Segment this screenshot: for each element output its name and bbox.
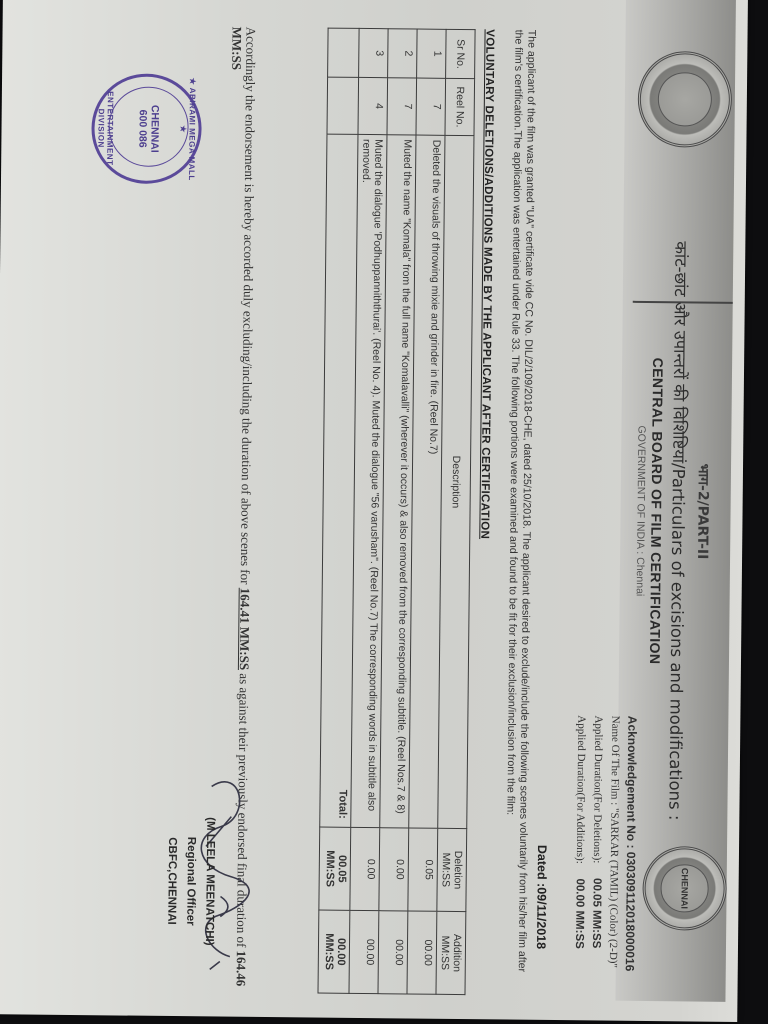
stamp-city: CHENNAI (148, 77, 161, 181)
total-addition: 00.00 MM:SS (318, 910, 350, 993)
total-deletion-unit: MM:SS (323, 832, 336, 906)
acknowledgement-number: 030309112018000016 (623, 852, 638, 972)
header-deletion: Deletion MM:SS (437, 828, 467, 911)
signatory-name: (M LEELA MEENATCHI) (198, 766, 219, 996)
additions-value: 00.00 MM:SS (573, 878, 586, 948)
header-reel-no: Reel No. (445, 78, 475, 135)
cell-addition: 00.00 (378, 911, 408, 994)
signatory-block: (M LEELA MEENATCHI) Regional Officer CBF… (160, 766, 219, 997)
stamp-center: CHENNAI 600 086 (136, 77, 161, 181)
film-name-label: Name Of The Film : (608, 716, 621, 806)
seal-text: CHENNAI (679, 868, 689, 909)
total-deletion: 00.05 MM:SS (319, 827, 351, 910)
total-addition-value: 00.00 (335, 915, 348, 989)
cell-deletion: 0.00 (379, 828, 409, 911)
issue-date: Dated :09/11/2018 (534, 845, 549, 949)
new-duration: 164.41 MM:SS (237, 588, 253, 670)
certificate-sheet: CHENNAI भाग-2/PART-II कांट-छांट और उपान्… (0, 0, 748, 1022)
certificate-meta: Acknowledgement No : 030309112018000016 … (570, 715, 641, 971)
stamp-bottom-text: ENTERTAINMENT DIVISION (96, 76, 115, 180)
abirami-mall-stamp: ★ ABIRAMI MEGA MALL ★ CHENNAI 600 086 EN… (91, 73, 202, 184)
deletions-label: Applied Duration(For Deletions): (591, 715, 605, 863)
total-addition-unit: MM:SS (323, 915, 336, 989)
stamp-pin: 600 086 (136, 77, 149, 181)
additions-label: Applied Duration(For Additions): (574, 715, 588, 864)
conclusion-text: Accordingly the endorsement is hereby ac… (238, 27, 259, 588)
cell-reel-no: 7 (416, 78, 446, 135)
total-deletion-value: 00.05 (335, 832, 348, 906)
document-photo: CHENNAI भाग-2/PART-II कांट-छांट और उपान्… (0, 0, 748, 1022)
additions-duration-row: Applied Duration(For Additions): 00.00 M… (570, 715, 590, 971)
film-name: "SARKAR (TAMIL) (Color) (2-D)" (607, 808, 621, 968)
cell-addition: 00.00 (349, 910, 379, 993)
section-title: VOLUNTARY DELETIONS/ADDITIONS MADE BY TH… (478, 29, 495, 539)
cbfc-seal-icon: CHENNAI (642, 846, 727, 931)
intro-paragraph: The applicant of the film was granted "U… (503, 30, 538, 990)
header-addition: Addition MM:SS (436, 911, 466, 994)
cell-reel-no: 7 (387, 78, 417, 135)
cell-sr-no: 2 (388, 29, 418, 78)
total-empty-cell (327, 77, 359, 134)
total-empty-cell (328, 28, 360, 77)
deletions-duration-row: Applied Duration(For Deletions): 00.05 M… (587, 715, 607, 971)
cell-sr-no: 1 (417, 29, 447, 78)
government-seal-icon (637, 51, 732, 148)
acknowledgement-row: Acknowledgement No : 030309112018000016 (621, 716, 641, 972)
excisions-table: Sr No. Reel No. Description Deletion MM:… (317, 28, 475, 995)
signatory-designation: Regional Officer (179, 766, 200, 996)
stamp-top-text: ★ ABIRAMI MEGA MALL ★ (178, 77, 197, 181)
acknowledgement-label: Acknowledgement No : (624, 716, 639, 849)
deletions-value: 00.05 MM:SS (590, 878, 603, 948)
cell-deletion: 0.00 (350, 827, 380, 910)
cell-reel-no: 4 (358, 77, 388, 134)
cell-sr-no: 3 (359, 28, 389, 77)
header-sr-no: Sr No. (446, 29, 476, 78)
signatory-office: CBFC,CHENNAI (160, 766, 181, 996)
cell-deletion: 0.05 (408, 828, 438, 911)
film-name-row: Name Of The Film : "SARKAR (TAMIL) (Colo… (604, 716, 624, 972)
cell-addition: 00.00 (407, 911, 437, 994)
